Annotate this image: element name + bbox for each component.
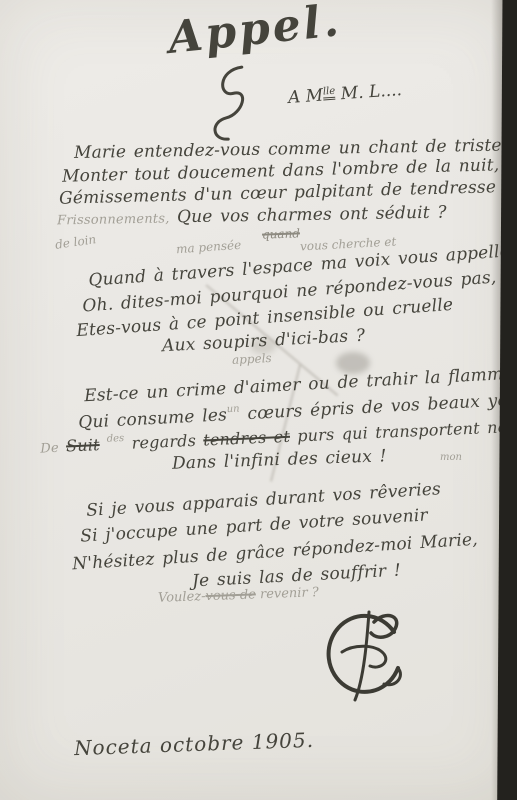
pencil-struck: vous de <box>205 587 256 604</box>
dedication: A Mlle M. L.... <box>287 80 402 108</box>
pencil-annotation-struck: quand <box>262 226 300 241</box>
pencil-insertion: Frissonnements, <box>57 211 170 228</box>
dedication-prefix: A M <box>287 86 323 108</box>
poem-line-ink: Que vos charmes ont séduit ? <box>177 203 447 228</box>
pencil-part: revenir ? <box>256 585 319 602</box>
struck-word: Suit <box>66 435 100 455</box>
poem-line: Dans l'infini des cieux ! <box>172 446 387 473</box>
pencil-annotation: Voulez-vous de revenir ? <box>158 585 319 606</box>
poem-line-part: Qui consume les <box>78 405 228 433</box>
signature-monogram <box>314 600 414 708</box>
manuscript-page: Appel. A Mlle M. L.... Marie entendez-vo… <box>0 0 517 800</box>
pencil-superscript: un <box>226 403 239 415</box>
pencil-annotation: ma pensée <box>176 238 242 257</box>
flourish-ornament-icon <box>202 60 256 146</box>
pencil-annotation: de loin <box>54 232 97 252</box>
dedication-superscript: lle <box>323 86 336 101</box>
pencil-part: Voulez- <box>158 589 206 606</box>
pencil-annotation: mon <box>440 452 462 463</box>
struck-words: tendres et <box>203 427 291 450</box>
pencil-annotation: appels <box>232 351 272 367</box>
pencil-superscript: des <box>106 433 124 445</box>
pencil-insertion: De <box>40 441 59 457</box>
date-line: Noceta octobre 1905. <box>74 728 315 760</box>
dedication-rest: M. L.... <box>335 80 403 105</box>
poem-line-part: regards <box>131 431 203 453</box>
poem-title: Appel. <box>166 0 344 64</box>
